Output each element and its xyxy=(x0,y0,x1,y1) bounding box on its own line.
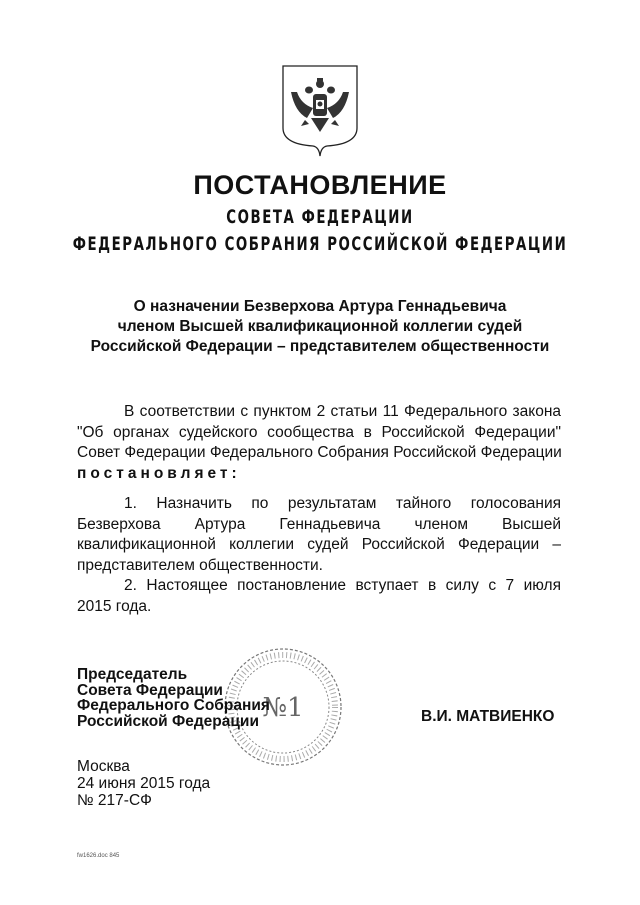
item-line: 2. Настоящее постановление вступает в си… xyxy=(77,576,561,597)
preamble-line: Совет Федерации Федерального Собрания Ро… xyxy=(77,443,561,464)
subject-line: О назначении Безверхова Артура Геннадьев… xyxy=(60,297,580,317)
item-line: квалификационной коллегии судей Российск… xyxy=(77,535,561,556)
date: 24 июня 2015 года xyxy=(77,775,210,792)
resolves-word: постановляет: xyxy=(77,464,561,485)
city: Москва xyxy=(77,758,210,775)
issuer-line-2: ФЕДЕРАЛЬНОГО СОБРАНИЯ РОССИЙСКОЙ ФЕДЕРАЦ… xyxy=(70,233,569,255)
position-line: Российской Федерации xyxy=(77,714,270,730)
item-line: 1. Назначить по результатам тайного голо… xyxy=(77,494,561,515)
subject-line: членом Высшей квалификационной коллегии … xyxy=(60,317,580,337)
document-subject: О назначении Безверхова Артура Геннадьев… xyxy=(60,297,580,357)
position-line: Совета Федерации xyxy=(77,683,270,699)
item-2: 2. Настоящее постановление вступает в си… xyxy=(77,576,561,617)
position-line: Федерального Собрания xyxy=(77,698,270,714)
coat-of-arms-icon xyxy=(279,62,361,158)
item-line: 2015 года. xyxy=(77,597,561,618)
file-reference: fw1626.doc 845 xyxy=(77,853,119,859)
issuer-line-1: СОВЕТА ФЕДЕРАЦИИ xyxy=(70,206,569,228)
position-line: Председатель xyxy=(77,667,270,683)
place-and-date: Москва 24 июня 2015 года № 217-СФ xyxy=(77,758,210,809)
preamble-line: "Об органах судейского сообщества в Росс… xyxy=(77,423,561,444)
signatory-name: В.И. МАТВИЕНКО xyxy=(421,708,554,726)
item-line: Безверхова Артура Геннадьевича членом Вы… xyxy=(77,515,561,536)
document-title: ПОСТАНОВЛЕНИЕ xyxy=(0,170,640,201)
signatory-position: Председатель Совета Федерации Федерально… xyxy=(77,667,270,729)
item-line: представителем общественности. xyxy=(77,556,561,577)
preamble-line: В соответствии с пунктом 2 статьи 11 Фед… xyxy=(77,402,561,423)
item-1: 1. Назначить по результатам тайного голо… xyxy=(77,494,561,576)
subject-line: Российской Федерации – представителем об… xyxy=(60,337,580,357)
preamble: В соответствии с пунктом 2 статьи 11 Фед… xyxy=(77,402,561,484)
document-number: № 217-СФ xyxy=(77,792,210,809)
